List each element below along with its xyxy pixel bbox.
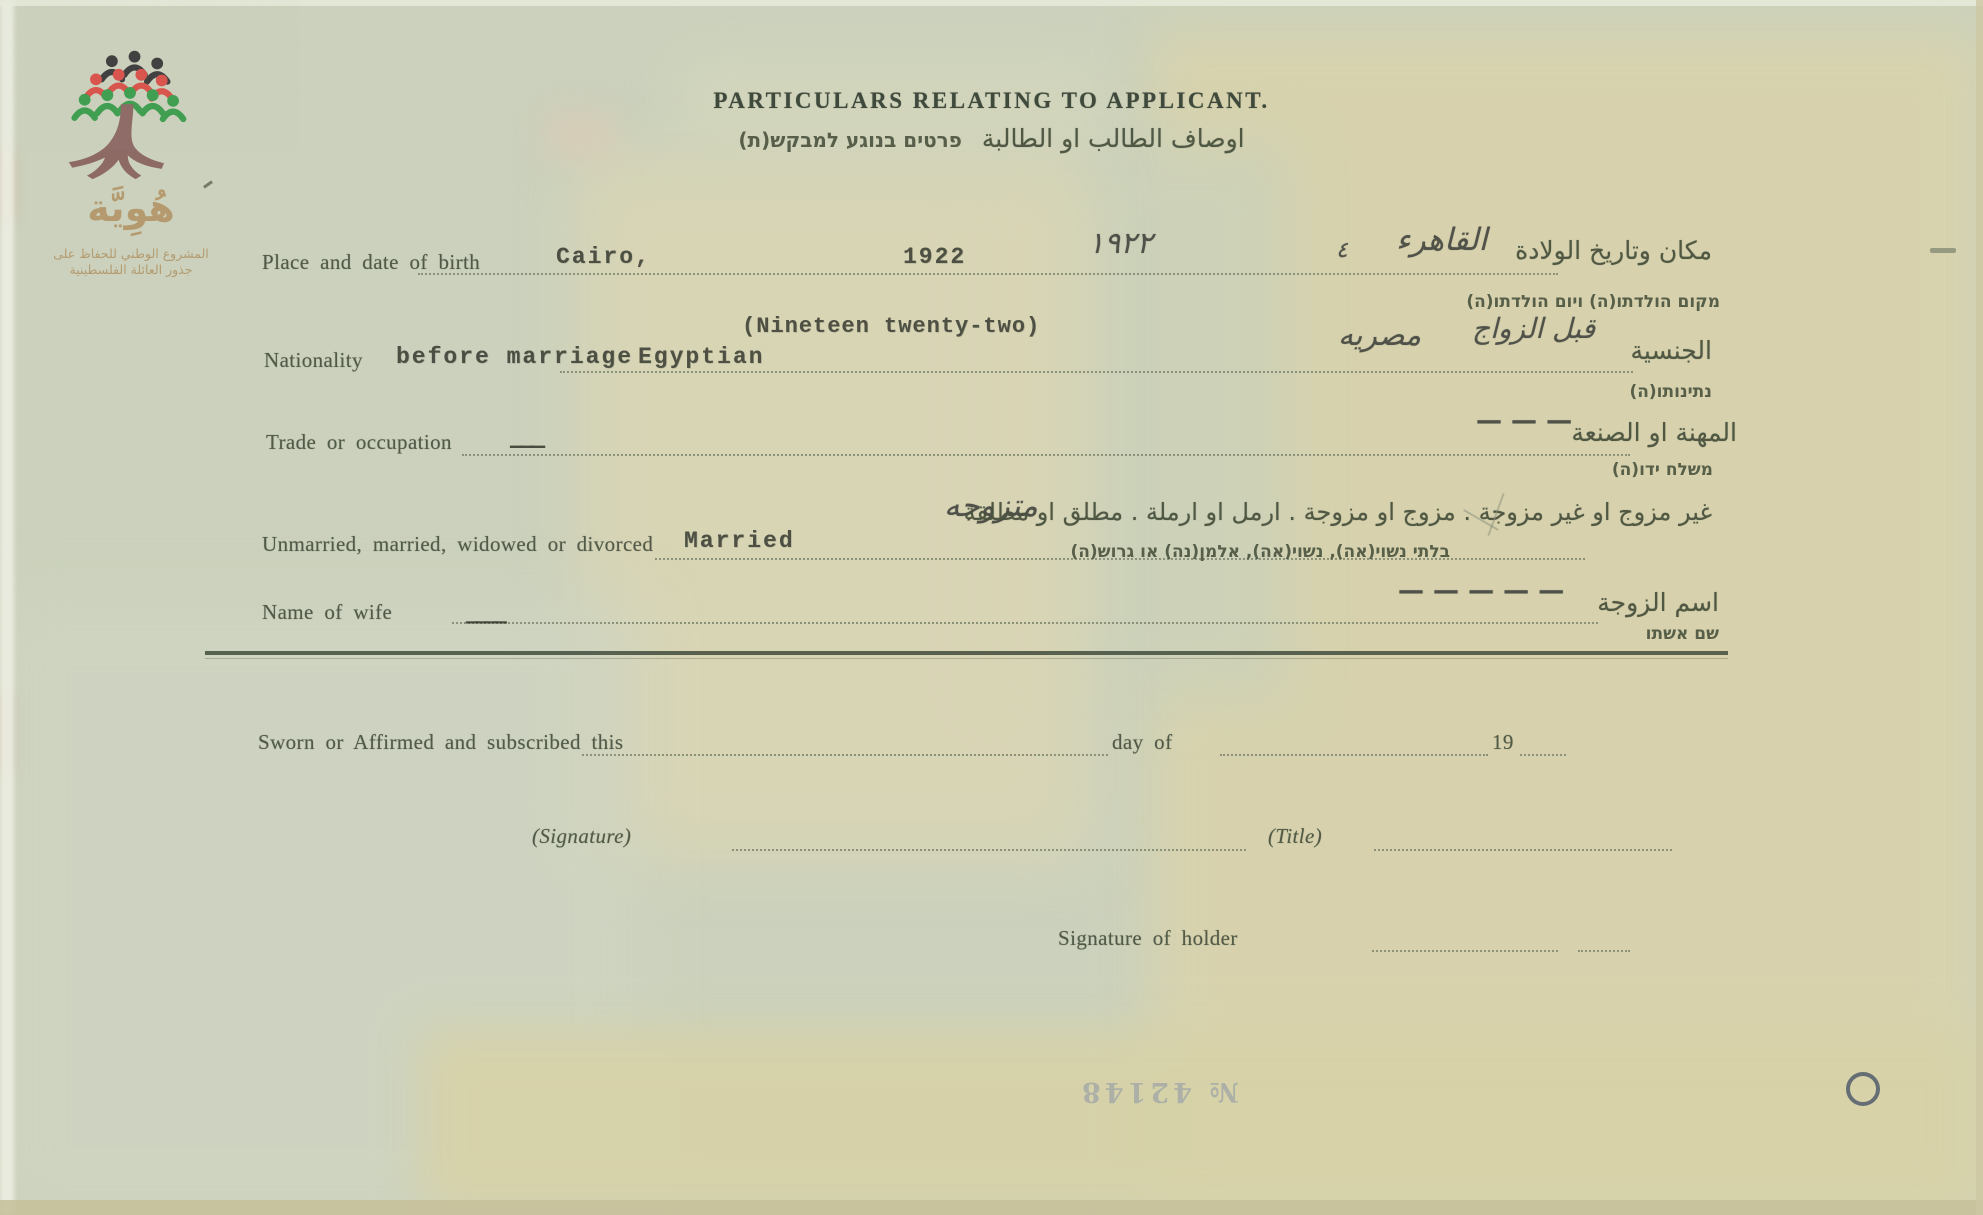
oath-sworn-text: Sworn or Affirmed and subscribed this (258, 730, 623, 755)
pink-smudge-left-edge-1 (0, 150, 14, 220)
wife-label-hebrew: שם אשתו (1646, 624, 1719, 644)
nationality-qualifier-typed: before marriage (396, 344, 633, 370)
trade-dashes-handwritten: — — — (1476, 406, 1572, 436)
marital-label-arabic: غير مزوج او غير مزوجة . مزوج او مزوجة . … (964, 498, 1712, 526)
scan-edge-bottom (0, 1200, 1983, 1215)
nationality-label-en: Nationality (264, 348, 363, 373)
holder-signature-label: Signature of holder (1058, 926, 1238, 951)
birth-mark-handwritten: ٤ (1336, 238, 1348, 263)
faded-serial-number: № 42148 (1078, 1076, 1239, 1107)
nationality-qualifier-arabic-handwritten: قبل الزواج (1472, 312, 1595, 345)
wife-dashes-handwritten: — — — — — (1398, 576, 1564, 606)
logo-org-line2: جذور العائلة الفلسطينية (18, 262, 244, 277)
page-subtitle: פרטים בנוגע למבקש(ת) اوصاف الطالب او الط… (0, 124, 1983, 153)
oath-day-dotted-line (582, 752, 1108, 756)
section-divider-rule-echo (205, 658, 1728, 659)
birth-label-hebrew: מקום הולדתו(ה) ויום הולדתו(ה) (1466, 292, 1720, 312)
oath-month-dotted-line (1220, 752, 1488, 756)
birth-place-typed-value: Cairo, (556, 244, 651, 270)
oath-year-prefix: 19 (1492, 730, 1514, 755)
scan-edge-top (0, 0, 1983, 6)
archive-logo-tree (62, 44, 198, 194)
logo-org-line1: المشروع الوطني للحفاظ على (18, 246, 244, 261)
nationality-value-arabic-handwritten: مصريه (1338, 318, 1421, 353)
trade-dotted-line (462, 452, 1630, 456)
nationality-label-arabic: الجنسية (1631, 336, 1713, 365)
marital-value-typed: Married (684, 528, 795, 554)
paper-green-mid-band (990, 140, 1290, 700)
scan-edge-left (0, 0, 14, 1215)
oath-day-of-text: day of (1112, 730, 1172, 755)
speck-top-right-dash (1930, 248, 1956, 253)
section-divider-rule (205, 651, 1728, 655)
wife-label-en: Name of wife (262, 600, 392, 625)
trade-label-arabic: المهنة او الصنعة (1571, 418, 1737, 447)
birth-year-words-typed-value: (Nineteen twenty-two) (742, 314, 1040, 339)
scanned-document-page: هُوِيَّة المشروع الوطني للحفاظ على جذور … (0, 0, 1983, 1215)
birth-label-arabic: مكان وتاريخ الولادة (1515, 236, 1712, 265)
subtitle-arabic: اوصاف الطالب او الطالبة (982, 124, 1245, 153)
nationality-value-typed: Egyptian (638, 344, 764, 370)
punch-ring-mark (1846, 1072, 1880, 1106)
paper-sage-bottomleft (0, 600, 640, 1215)
subtitle-hebrew: פרטים בנוגע למבקש(ת) (738, 128, 962, 152)
page-title: PARTICULARS RELATING TO APPLICANT. (0, 88, 1983, 114)
oath-year-dotted-line (1520, 752, 1566, 756)
birth-year-typed-value: 1922 (903, 244, 966, 270)
signature-dotted-line (732, 847, 1246, 851)
wife-dotted-line (452, 620, 1598, 624)
trade-label-en: Trade or occupation (266, 430, 452, 455)
title-dotted-line (1374, 847, 1672, 851)
pink-smudge-left-edge-2 (0, 690, 12, 775)
wife-typed-strike: ———— (466, 610, 503, 635)
signature-label: (Signature) (532, 824, 631, 849)
trade-label-hebrew: משלח ידו(ה) (1612, 460, 1713, 480)
wife-label-arabic: اسم الزوجة (1597, 588, 1719, 617)
scan-edge-right (1976, 0, 1983, 1215)
birth-label-en: Place and date of birth (262, 250, 480, 275)
marital-label-hebrew: בלתי נשוי(אה), נשוי(אה), אלמן(נה) או גרו… (1070, 542, 1450, 562)
holder-dotted-line-2 (1578, 948, 1630, 952)
title-label: (Title) (1268, 824, 1322, 849)
birth-place-arabic-handwritten: القاهرء (1396, 222, 1487, 258)
birth-year-arabic-handwritten: ١٩٢٢ (1088, 226, 1152, 261)
logo-calligraphy: هُوِيَّة (56, 186, 206, 230)
paper-tan-bottom-band (420, 1030, 1983, 1215)
holder-dotted-line (1372, 948, 1558, 952)
nationality-label-hebrew: נתינותו(ה) (1629, 382, 1712, 402)
marital-label-en: Unmarried, married, widowed or divorced (262, 532, 653, 557)
birth-dotted-line (418, 271, 1558, 275)
trade-typed-strike: ——— (510, 434, 541, 461)
